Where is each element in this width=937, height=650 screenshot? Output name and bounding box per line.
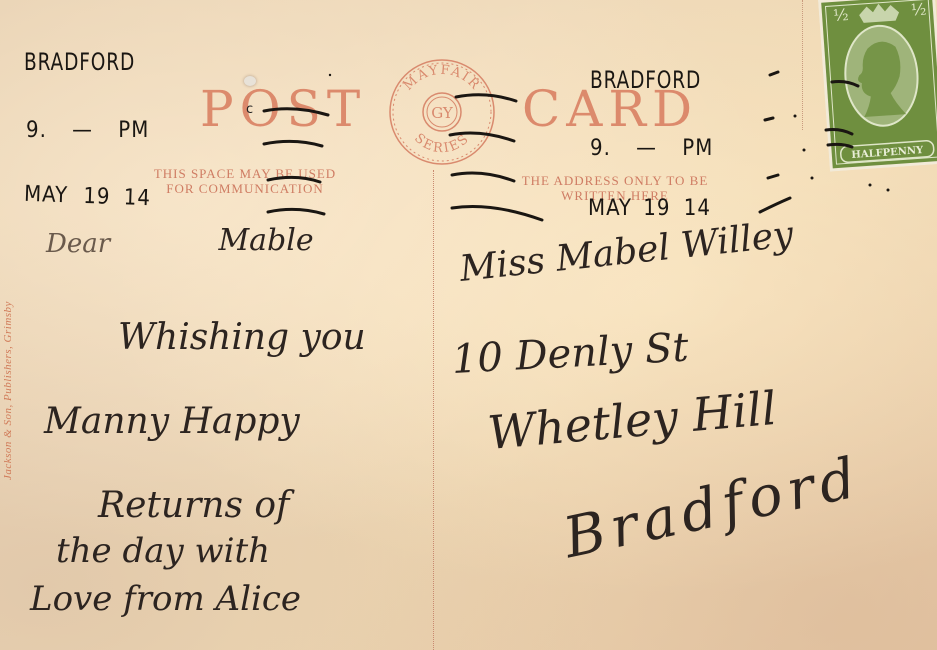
svg-text:SERIES: SERIES [411,131,473,156]
king-portrait-icon: ½ ½ HALFPENNY [818,0,937,172]
postmark-hour: 9. [590,138,611,160]
postmark-month: MAY [588,198,632,220]
publisher-imprint: Jackson & Son, Publishers, Grimsby [2,190,14,480]
address-town: Bradford [559,450,866,568]
postmark-month: MAY [24,184,69,208]
greeting-name: Mable [218,223,313,258]
postmark-time: 9. — PM [26,120,149,142]
post-heading: POST [200,84,366,134]
svg-text:½: ½ [832,5,849,25]
svg-text:MAYFAIR: MAYFAIR [401,63,483,94]
message-line: Whishing you [118,320,366,356]
postmark-city: BRADFORD [24,50,135,74]
postmark-time: 9. — PM [590,138,713,160]
svg-text:GY: GY [431,104,454,122]
svg-text:½: ½ [910,0,927,20]
message-line: Manny Happy [44,404,300,440]
stamp-box-outline [802,0,803,130]
postcard-back: Jackson & Son, Publishers, Grimsby POST … [0,0,937,650]
message-greeting: Dear Mable [46,228,214,258]
greeting-dear: Dear [46,229,110,259]
instruction-line: THIS SPACE MAY BE USED [110,166,380,181]
postmark-date: MAY 19 14 [588,198,711,220]
postmark-day: 19 [643,198,670,220]
postmark-day: 19 [83,186,111,209]
message-line: Returns of [98,488,289,524]
postmark-date: MAY 19 14 [24,184,152,210]
halfpenny-stamp: ½ ½ HALFPENNY [818,0,937,172]
postmark-year: 14 [123,187,151,210]
address-recipient: Miss Mabel Willey [458,217,795,288]
paper-blemish [244,76,256,86]
address-street: 10 Denly St [451,328,689,380]
postmark-period: PM [118,120,149,142]
stray-mark: c [246,102,253,117]
postmark-year: 14 [684,198,711,220]
postmark-dash: — [72,120,93,142]
address-district: Whetley Hill [486,385,778,456]
message-line: the day with [56,534,270,568]
postmark-dash: — [636,138,657,160]
instruction-line: THE ADDRESS ONLY TO BE [490,173,740,188]
postmark-period: PM [682,138,713,160]
postmark-city: BRADFORD [590,68,701,92]
series-logo-icon: MAYFAIR SERIES GY [386,56,498,168]
center-divider [433,170,434,650]
postmark-hour: 9. [26,120,47,142]
message-signoff: Love from Alice [30,582,301,616]
